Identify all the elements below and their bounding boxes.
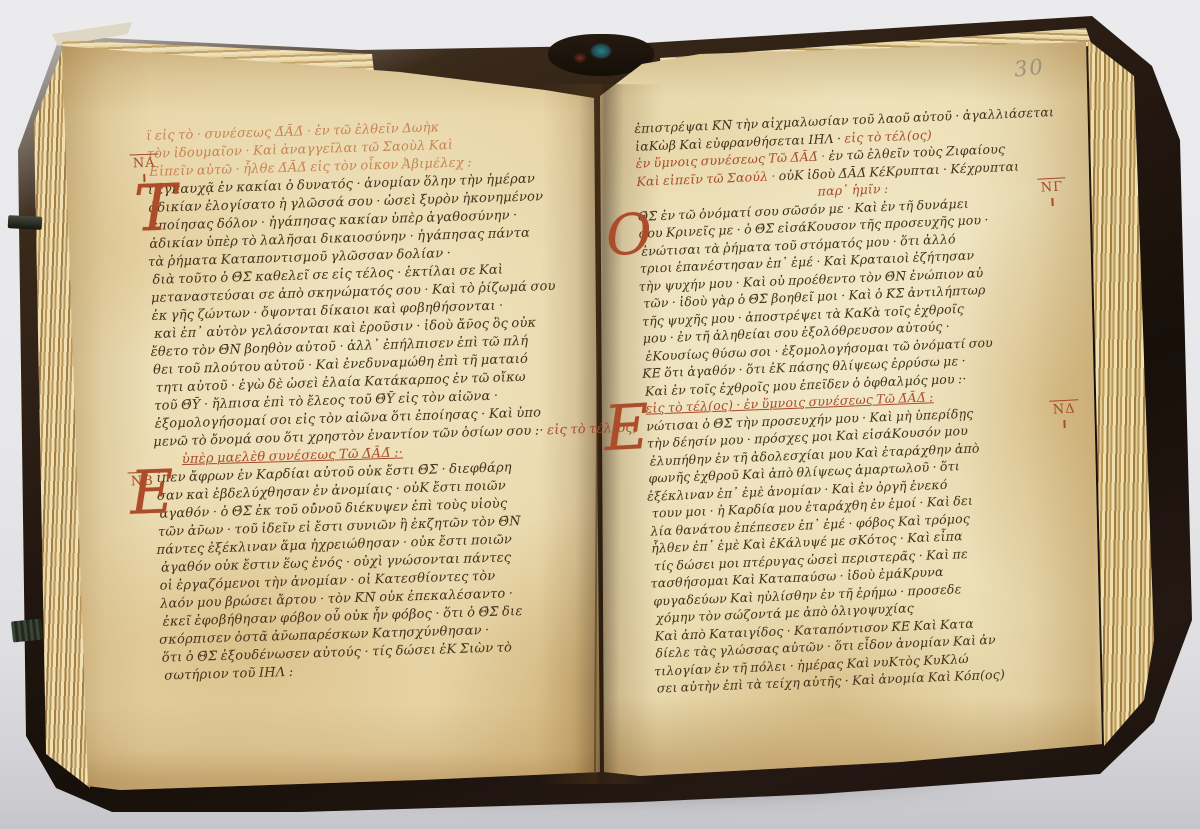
manuscript-photo: ϊ εἰς τὸ · συνέσεως Δ̄ᾹΔ̄ · ἐν τῶ ἐλθεῖν… <box>0 0 1200 829</box>
decorated-initial-psalm-51: Τ <box>133 181 178 237</box>
decorated-initial-psalm-52: Ε <box>129 467 175 519</box>
psalm-53-text: Θ̄Σ̄ ἐν τῶ ὀνόματί σου σῶσόν με · Καὶ ἐν… <box>638 190 1075 400</box>
psalm-51-text: ί ἐγκαυχᾷ ἐν κακίαι ὁ δυνατός · ἀνομίαν … <box>148 169 584 452</box>
clasp-pin-lower <box>11 618 43 642</box>
margin-psalm-number-54: ΝΔ <box>1049 399 1079 428</box>
decorated-initial-psalm-54: Ε <box>603 401 651 456</box>
spine-headband <box>548 34 654 76</box>
decorated-initial-psalm-53: Ο <box>605 211 653 261</box>
psalm-54-text: νώτισαι ὁ Θ̄Σ̄ τὴν προσευχήν μου · Καὶ μ… <box>646 400 1087 697</box>
margin-psalm-number-53: ΝΓ <box>1037 177 1067 206</box>
psalm-52-text: ἰπεν ἄφρων ἐν Καρδίαι αὐτοῦ οὐκ ἔστι Θ̄Σ… <box>156 457 590 686</box>
folio-number-pencil: 30 <box>1013 54 1046 81</box>
clasp-pin-upper <box>8 215 43 230</box>
right-page-text: ἐπιστρέψαι Κ̄Ν̄ τὴν αἰχμαλωσίαν τοῦ λαοῦ… <box>634 103 1087 697</box>
left-page-text: ϊ εἰς τὸ · συνέσεως Δ̄ᾹΔ̄ · ἐν τῶ ἐλθεῖν… <box>146 115 590 685</box>
